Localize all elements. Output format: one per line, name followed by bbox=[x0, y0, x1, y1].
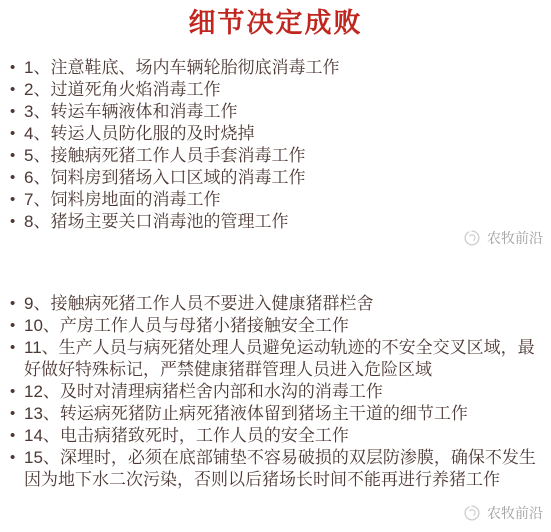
watermark-top: 农牧前沿 bbox=[461, 227, 543, 249]
list-item: •6、饲料房到猪场入口区域的消毒工作 bbox=[0, 167, 551, 189]
safety-checklist-bottom: •9、接触病死猪工作人员不要进入健康猪群栏舍•10、产房工作人员与母猪小猪接触安… bbox=[0, 293, 551, 491]
list-item-text: 7、饲料房地面的消毒工作 bbox=[24, 190, 220, 209]
list-item-text: 12、及时对清理病猪栏舍内部和水沟的消毒工作 bbox=[24, 382, 383, 401]
list-item-text: 15、深埋时，必须在底部铺垫不容易破损的双层防渗膜，确保不发生因为地下水二次污染… bbox=[24, 448, 536, 489]
bullet-icon: • bbox=[10, 123, 15, 145]
watermark-label: 农牧前沿 bbox=[487, 503, 543, 523]
list-item-text: 8、猪场主要关口消毒池的管理工作 bbox=[24, 212, 288, 231]
list-item-text: 3、转运车辆液体和消毒工作 bbox=[24, 102, 237, 121]
disinfection-checklist-top: •1、注意鞋底、场内车辆轮胎彻底消毒工作•2、过道死角火焰消毒工作•3、转运车辆… bbox=[0, 57, 551, 233]
watermark-label: 农牧前沿 bbox=[487, 228, 543, 248]
list-item: •2、过道死角火焰消毒工作 bbox=[0, 79, 551, 101]
bullet-icon: • bbox=[10, 57, 15, 79]
list-item: •4、转运人员防化服的及时烧掉 bbox=[0, 123, 551, 145]
bullet-icon: • bbox=[10, 403, 15, 425]
bullet-icon: • bbox=[10, 211, 15, 233]
list-item-text: 4、转运人员防化服的及时烧掉 bbox=[24, 124, 254, 143]
list-item: •1、注意鞋底、场内车辆轮胎彻底消毒工作 bbox=[0, 57, 551, 79]
bullet-icon: • bbox=[10, 447, 15, 469]
list-item: •15、深埋时，必须在底部铺垫不容易破损的双层防渗膜，确保不发生因为地下水二次污… bbox=[0, 447, 551, 491]
bullet-icon: • bbox=[10, 167, 15, 189]
list-item-text: 5、接触病死猪工作人员手套消毒工作 bbox=[24, 146, 305, 165]
list-item: •13、转运病死猪防止病死猪液体留到猪场主干道的细节工作 bbox=[0, 403, 551, 425]
bullet-icon: • bbox=[10, 337, 15, 359]
bullet-icon: • bbox=[10, 189, 15, 211]
bullet-icon: • bbox=[10, 101, 15, 123]
watermark-bottom: 农牧前沿 bbox=[461, 502, 543, 524]
bullet-icon: • bbox=[10, 381, 15, 403]
page-title: 细节决定成败 bbox=[0, 0, 551, 40]
list-item: •9、接触病死猪工作人员不要进入健康猪群栏舍 bbox=[0, 293, 551, 315]
list-item-text: 9、接触病死猪工作人员不要进入健康猪群栏舍 bbox=[24, 294, 373, 313]
list-item-text: 14、电击病猪致死时，工作人员的安全工作 bbox=[24, 426, 349, 445]
list-item: •10、产房工作人员与母猪小猪接触安全工作 bbox=[0, 315, 551, 337]
bullet-icon: • bbox=[10, 425, 15, 447]
list-item: •7、饲料房地面的消毒工作 bbox=[0, 189, 551, 211]
bullet-icon: • bbox=[10, 145, 15, 167]
nongmu-logo-icon bbox=[461, 227, 483, 249]
nongmu-logo-icon bbox=[461, 502, 483, 524]
list-item-text: 6、饲料房到猪场入口区域的消毒工作 bbox=[24, 168, 305, 187]
list-item-text: 10、产房工作人员与母猪小猪接触安全工作 bbox=[24, 316, 349, 335]
list-item-text: 11、生产人员与病死猪处理人员避免运动轨迹的不安全交叉区域，最好做好特殊标记，严… bbox=[24, 338, 535, 379]
list-item: •11、生产人员与病死猪处理人员避免运动轨迹的不安全交叉区域，最好做好特殊标记，… bbox=[0, 337, 551, 381]
list-item: •14、电击病猪致死时，工作人员的安全工作 bbox=[0, 425, 551, 447]
bullet-icon: • bbox=[10, 293, 15, 315]
list-item-text: 1、注意鞋底、场内车辆轮胎彻底消毒工作 bbox=[24, 58, 339, 77]
bullet-icon: • bbox=[10, 79, 15, 101]
list-item: •12、及时对清理病猪栏舍内部和水沟的消毒工作 bbox=[0, 381, 551, 403]
list-item: •5、接触病死猪工作人员手套消毒工作 bbox=[0, 145, 551, 167]
list-item-text: 2、过道死角火焰消毒工作 bbox=[24, 80, 220, 99]
list-item: •3、转运车辆液体和消毒工作 bbox=[0, 101, 551, 123]
bullet-icon: • bbox=[10, 315, 15, 337]
list-item-text: 13、转运病死猪防止病死猪液体留到猪场主干道的细节工作 bbox=[24, 404, 468, 423]
